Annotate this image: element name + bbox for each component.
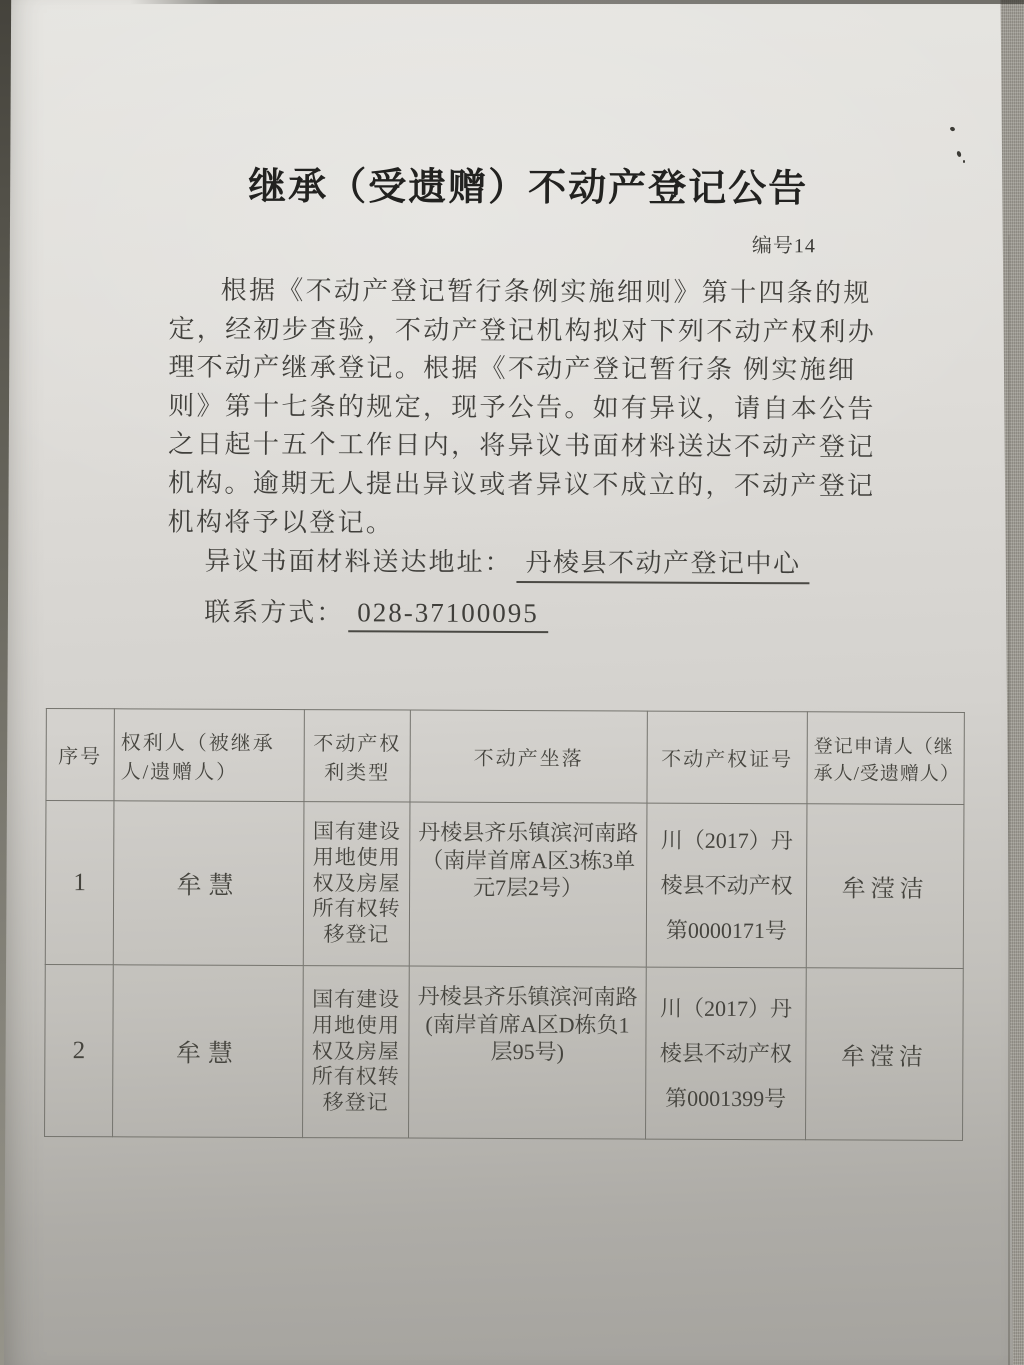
page-title: 继承（受遗赠）不动产登记公告 [2,154,1024,213]
document-photo: 继承（受遗赠）不动产登记公告 编号14 根据《不动产登记暂行条例实施细则》第十四… [0,0,1024,1365]
table-row: 2 牟慧 国有建设用地使用权及房屋所有权转移登记 丹棱县齐乐镇滨河南路(南岸首席… [45,964,964,1140]
body-line: 之日起十五个工作日内，将异议书面材料送达不动产登记 [168,424,898,466]
registration-table: 序号 权利人（被继承人/遗赠人） 不动产权利类型 不动产坐落 不动产权证号 登记… [44,708,965,1141]
contact-block: 异议书面材料送达地址：丹棱县不动产登记中心 联系方式：028-37100095 [204,541,924,645]
cell-location: 丹棱县齐乐镇滨河南路（南岸首席A区3栋3单元7层2号） [409,802,647,967]
document-content: 继承（受遗赠）不动产登记公告 编号14 根据《不动产登记暂行条例实施细则》第十四… [0,0,1024,1365]
cell-seq: 1 [45,800,114,964]
phone-value: 028-37100095 [348,597,548,633]
header-cert-no: 不动产权证号 [647,711,807,804]
cell-location: 丹棱县齐乐镇滨河南路(南岸首席A区D栋负1层95号) [409,966,647,1139]
doc-number: 编号14 [752,229,816,258]
body-line: 理不动产继承登记。根据《不动产登记暂行条 例实施细 [168,347,898,389]
body-line: 定，经初步查验，不动产登记机构拟对下列不动产权利办 [168,308,898,350]
body-line: 机构将予以登记。 [168,501,898,543]
phone-line: 联系方式：028-37100095 [204,592,924,635]
header-applicant: 登记申请人（继承人/受遗赠人） [807,712,964,805]
header-right-type: 不动产权利类型 [304,710,410,802]
cell-holder: 牟慧 [113,801,304,966]
header-holder: 权利人（被继承人/遗赠人） [114,709,304,802]
header-location: 不动产坐落 [410,710,647,803]
cell-right-type: 国有建设用地使用权及房屋所有权转移登记 [303,802,410,966]
cell-applicant: 牟滢洁 [806,968,964,1141]
cell-cert-no: 川（2017）丹棱县不动产权第0000171号 [646,803,807,968]
phone-label: 联系方式： [204,598,344,628]
address-label: 异议书面材料送达地址： [204,547,512,577]
notice-body: 根据《不动产登记暂行条例实施细则》第十四条的规 定，经初步查验，不动产登记机构拟… [168,269,899,542]
table-header-row: 序号 权利人（被继承人/遗赠人） 不动产权利类型 不动产坐落 不动产权证号 登记… [46,708,964,804]
address-line: 异议书面材料送达地址：丹棱县不动产登记中心 [204,541,924,585]
cell-right-type: 国有建设用地使用权及房屋所有权转移登记 [303,966,410,1138]
cell-seq: 2 [45,964,114,1136]
cell-holder: 牟慧 [113,965,304,1138]
body-line: 根据《不动产登记暂行条例实施细则》第十四条的规 [169,269,899,311]
header-seq: 序号 [46,708,114,800]
address-value: 丹棱县不动产登记中心 [516,542,809,584]
cell-cert-no: 川（2017）丹棱县不动产权第0001399号 [646,967,807,1140]
body-line: 则》第十七条的规定，现予公告。如有异议，请自本公告 [168,385,898,427]
body-line: 机构。逾期无人提出异议或者异议不成立的，不动产登记 [168,462,898,504]
cell-applicant: 牟滢洁 [806,804,964,969]
table-row: 1 牟慧 国有建设用地使用权及房屋所有权转移登记 丹棱县齐乐镇滨河南路（南岸首席… [45,800,964,968]
